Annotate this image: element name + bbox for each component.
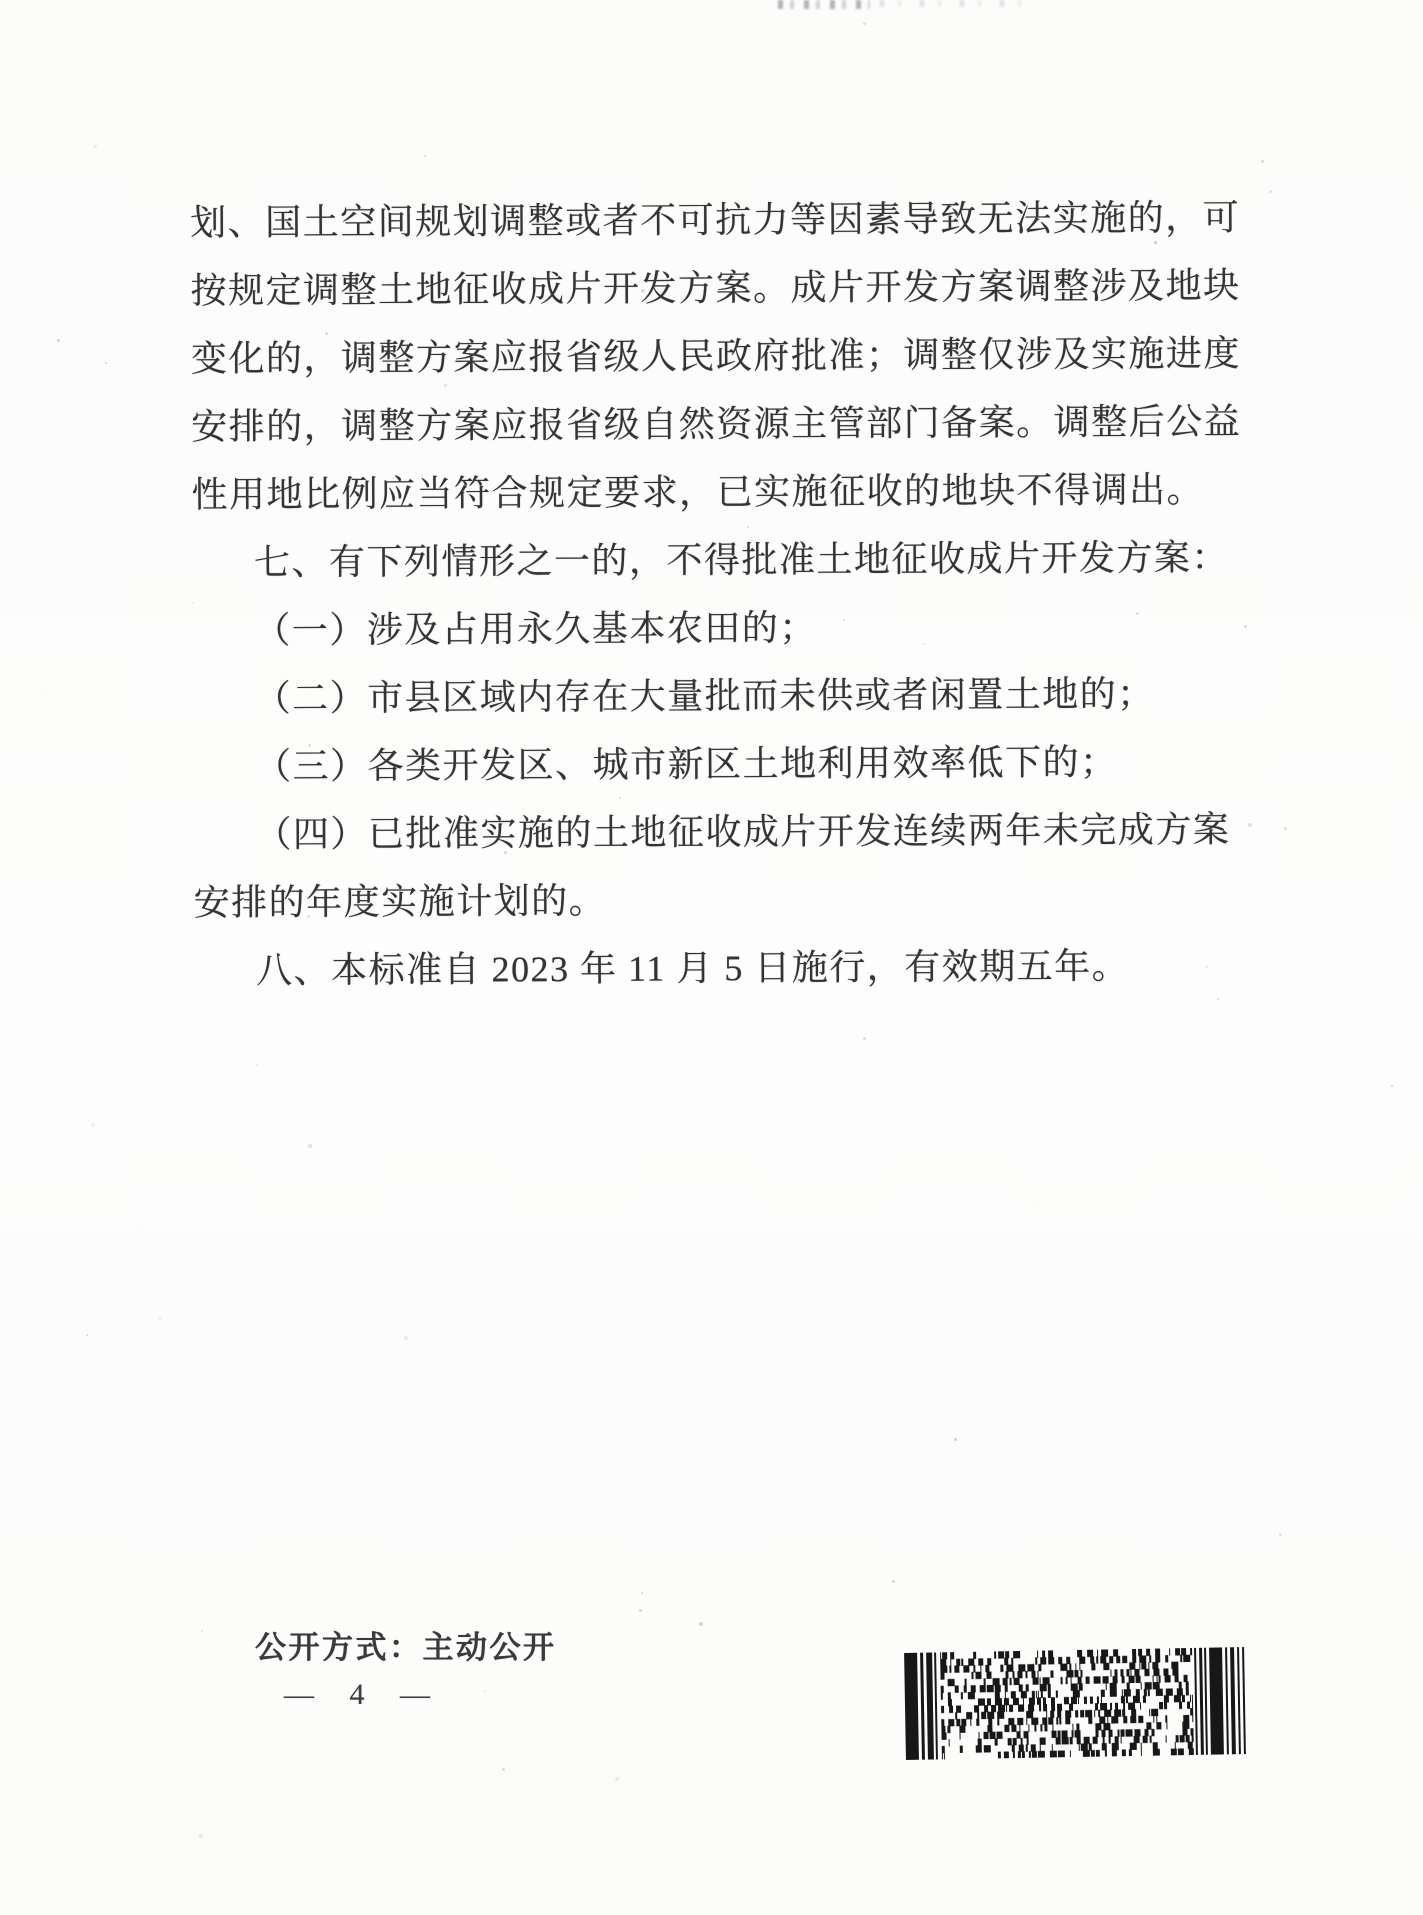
body-line: 划、国土空间规划调整或者不可抗力等因素导致无法实施的，可 (190, 183, 1260, 257)
body-line-item-8: 八、本标准自 2023 年 11 月 5 日施行，有效期五年。 (194, 931, 1264, 1005)
scan-speck (159, 1318, 161, 1320)
pdf417-barcode (904, 1647, 1248, 1760)
scan-speck (1269, 190, 1272, 193)
scan-speck (639, 1609, 642, 1612)
body-line: 性用地比例应当符合规定要求，已实施征收的地块不得调出。 (191, 455, 1261, 529)
scan-speck (1038, 1203, 1039, 1204)
body-line-item-1: （一）涉及占用永久基本农田的； (192, 591, 1262, 665)
scan-speck (199, 1834, 203, 1838)
publicity-method-label: 公开方式：主动公开 (255, 1622, 557, 1667)
scan-speck (615, 1777, 619, 1781)
document-body: 划、国土空间规划调整或者不可抗力等因素导致无法实施的，可 按规定调整土地征收成片… (190, 183, 1264, 1005)
scan-speck (42, 689, 43, 690)
scan-speck (1261, 160, 1264, 163)
body-line: 按规定调整土地征收成片开发方案。成片开发方案调整涉及地块 (190, 251, 1260, 325)
scan-speck (138, 1226, 139, 1227)
scanned-document-page: 划、国土空间规划调整或者不可抗力等因素导致无法实施的，可 按规定调整土地征收成片… (0, 0, 1423, 1915)
scan-speck (954, 1438, 957, 1441)
scan-speck (256, 1064, 258, 1066)
scan-speck (699, 1622, 703, 1626)
scan-speck (1279, 1533, 1282, 1536)
page-number: — 4 — (284, 1678, 444, 1712)
scan-speck (404, 1336, 408, 1340)
scan-speck (1284, 827, 1287, 830)
scan-speck (424, 155, 426, 157)
scan-speck (57, 339, 60, 342)
scan-speck (201, 1630, 203, 1632)
scan-speck (641, 1592, 643, 1594)
scan-speck (86, 1334, 88, 1336)
body-line-item-4: （四）已批准实施的土地征收成片开发连续两年未完成方案 (193, 795, 1263, 869)
scan-speck (863, 22, 866, 25)
scan-speck (1391, 1085, 1393, 1087)
scan-speck (484, 1690, 486, 1692)
body-line-item-3: （三）各类开发区、城市新区土地利用效率低下的； (193, 727, 1263, 801)
scan-speck (308, 1144, 312, 1148)
scan-speck (91, 1123, 95, 1127)
scan-speck (94, 145, 97, 148)
body-line-item-2: （二）市县区域内存在大量批而未供或者闲置土地的； (192, 659, 1262, 733)
body-line-item-7: 七、有下列情形之一的，不得批准土地征收成片开发方案： (192, 523, 1262, 597)
scan-artifact (880, 0, 1030, 7)
body-line: 变化的，调整方案应报省级人民政府批准；调整仅涉及实施进度 (191, 319, 1261, 393)
scan-speck (892, 1580, 895, 1583)
scan-speck (91, 1056, 92, 1057)
scan-speck (105, 362, 107, 364)
scan-speck (502, 1768, 505, 1771)
scan-speck (863, 1037, 866, 1040)
body-line: 安排的年度实施计划的。 (194, 863, 1264, 937)
scan-artifact (778, 0, 870, 9)
body-line: 安排的，调整方案应报省级自然资源主管部门备案。调整后公益 (191, 387, 1261, 461)
